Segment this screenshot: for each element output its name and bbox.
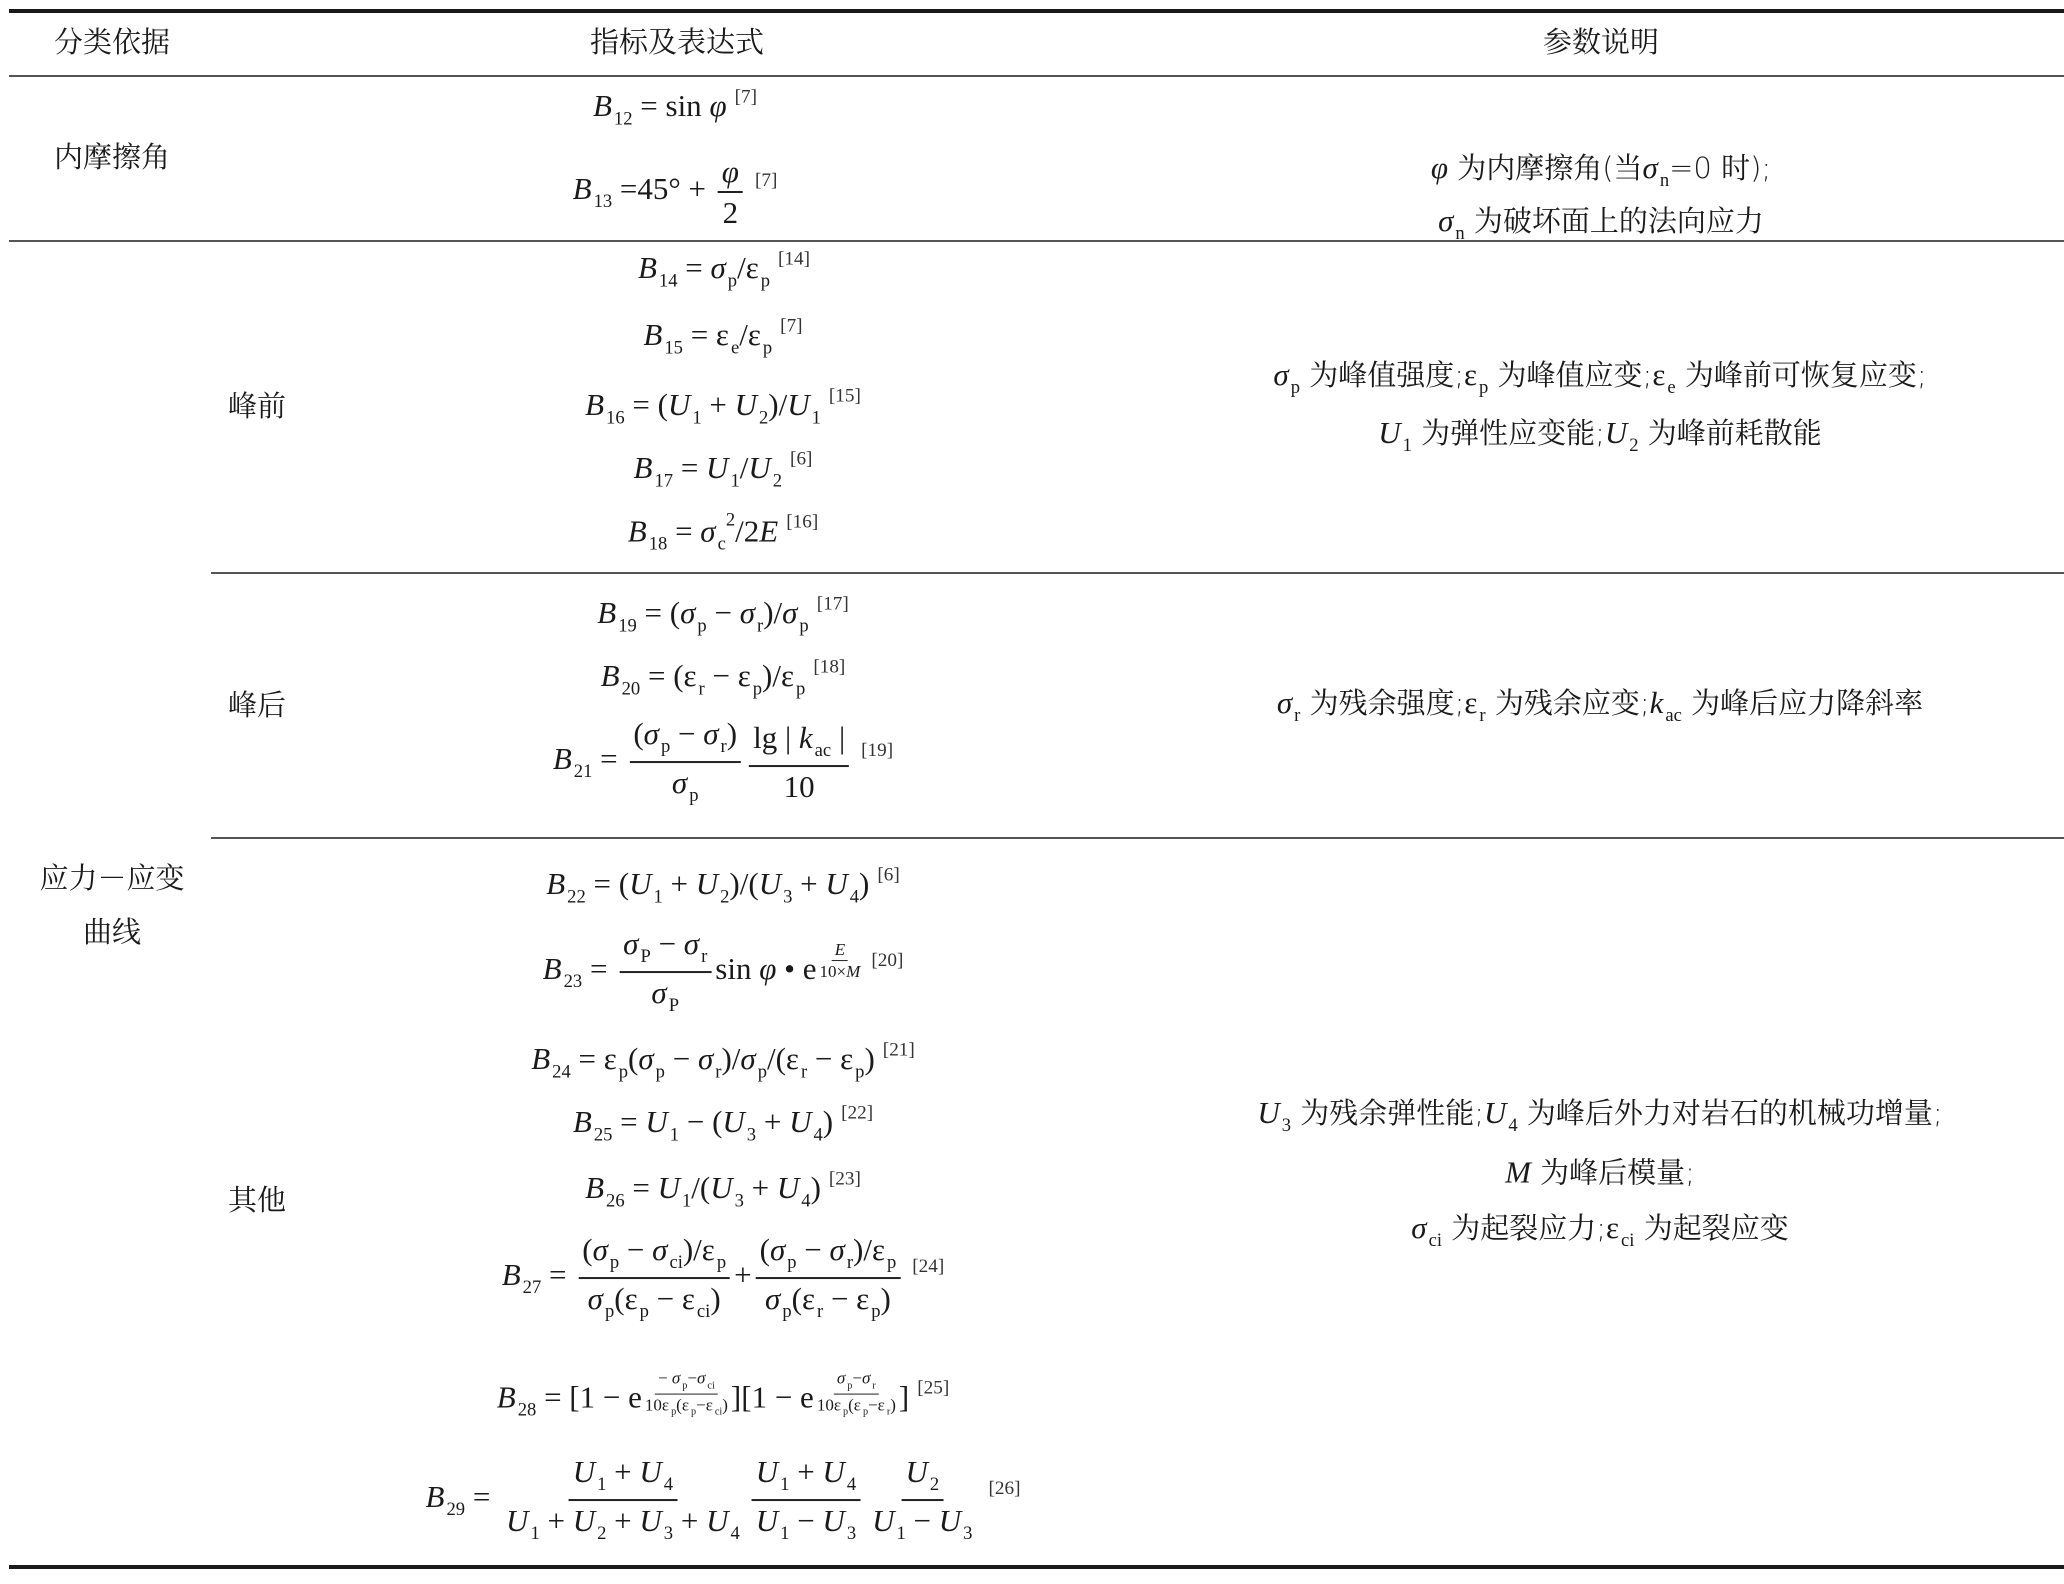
description-friction-line1: φ 为内摩擦角(当σn=0 时); [1431, 146, 1771, 192]
subgroup-label-postpeak: 峰后 [228, 687, 286, 723]
description-other-line3: σci 为起裂应力;εci 为起裂应变 [1411, 1206, 1788, 1252]
category-internal-friction-angle: 内摩擦角 [54, 139, 170, 175]
description-prepeak-line1: σp 为峰值强度;εp 为峰值应变;εe 为峰前可恢复应变; [1273, 353, 1926, 399]
category-stress-strain-line2: 曲线 [83, 914, 141, 950]
description-friction-second-line: σn 为破坏面上的法向应力 [1438, 199, 1764, 245]
description-postpeak: σr 为残余强度;εr 为残余应变;kac 为峰后应力降斜率 [1277, 681, 1923, 727]
table-bottom-rule [9, 1565, 2064, 1569]
formula-b14: B14 = σp/εp[14] [638, 249, 810, 290]
formula-b17: B17 = U1/U2[6] [634, 449, 813, 490]
formula-b22: B22 = (U1 + U2)/(U3 + U4)[6] [546, 865, 900, 906]
formula-b29: B29 = U1 + U4U1 + U2 + U3 + U4U1 + U4U1 … [426, 1456, 1021, 1544]
header-category: 分类依据 [54, 24, 170, 60]
header-rule [9, 75, 2064, 77]
table-top-rule [9, 9, 2064, 13]
formula-b23: B23 = σP − σrσPsin φ • eE10×M[20] [543, 928, 904, 1016]
row-rule-prepeak [211, 572, 2064, 574]
formula-b15: B15 = εe/εp[7] [643, 316, 802, 357]
formula-b20: B20 = (εr − εp)/εp[18] [601, 657, 846, 698]
formula-b13: B13 =45° + φ2[7] [573, 156, 778, 228]
formula-b24: B24 = εp(σp − σr)/σp/(εr − εp)[21] [531, 1040, 915, 1081]
row-rule-postpeak [211, 837, 2064, 839]
description-other-line1: U3 为残余弹性能;U4 为峰后外力对岩石的机械功增量; [1257, 1091, 1942, 1137]
header-index-expression: 指标及表达式 [590, 24, 764, 60]
formula-b26: B26 = U1/(U3 + U4)[23] [585, 1169, 861, 1210]
header-parameter-description: 参数说明 [1543, 24, 1659, 60]
formula-b12: B12 = sin φ[7] [593, 87, 757, 128]
formula-b28: B28 = [1 − e− σp−σci10εp(εp−εci)][1 − eσ… [497, 1370, 949, 1421]
category-stress-strain-line1: 应力－应变 [39, 860, 184, 896]
formula-b16: B16 = (U1 + U2)/U1[15] [585, 386, 861, 427]
formula-b19: B19 = (σp − σr)/σp[17] [597, 594, 848, 635]
description-prepeak-line2: U1 为弹性应变能;U2 为峰前耗散能 [1378, 411, 1822, 457]
formula-b18: B18 = σc2/2E[16] [628, 512, 818, 555]
formula-b21: B21 = (σp − σr)σplg | kac |10[19] [553, 718, 893, 806]
formula-b25: B25 = U1 − (U3 + U4)[22] [573, 1103, 873, 1144]
subgroup-label-prepeak: 峰前 [228, 388, 286, 424]
formula-b27: B27 = (σp − σci)/εpσp(εp − εci)+(σp − σr… [502, 1234, 945, 1322]
description-other-line2: M 为峰后模量; [1505, 1151, 1695, 1192]
subgroup-label-other: 其他 [228, 1182, 286, 1218]
